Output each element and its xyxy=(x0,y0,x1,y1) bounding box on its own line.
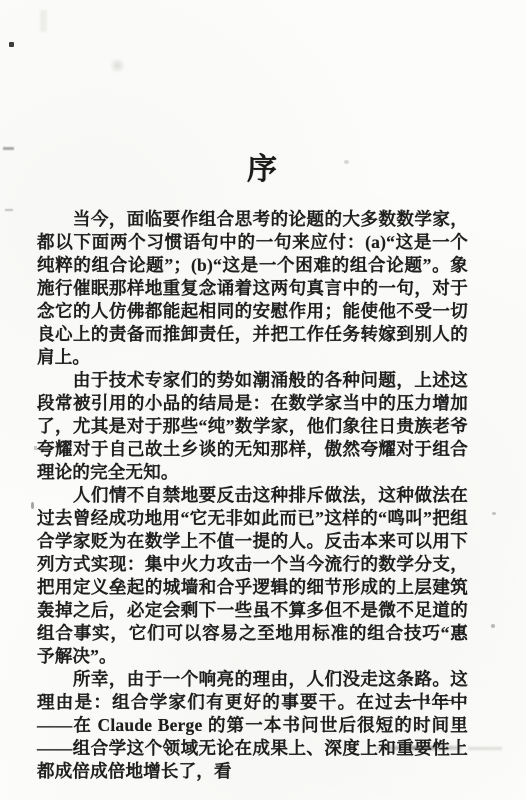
scan-speck xyxy=(9,42,14,47)
scanned-book-page: 序 当今，面临要作组合思考的论题的大多数数学家，都以下面两个习惯语句中的一句来应… xyxy=(0,0,526,800)
scan-speck xyxy=(491,624,495,628)
scan-smudge xyxy=(109,57,126,74)
paragraph: 所幸，由于一个响亮的理由，人们没走这条路。这理由是：组合学家们有更好的事要干。在… xyxy=(37,668,468,783)
scan-smudge xyxy=(468,747,502,750)
scan-smudge xyxy=(40,10,47,32)
paragraph: 由于技术专家们的势如潮涌般的各种问题，上述这段常被引用的小品的结局是：在数学家当… xyxy=(37,369,468,484)
paragraph: 当今，面临要作组合思考的论题的大多数数学家，都以下面两个习惯语句中的一句来应付：… xyxy=(37,208,468,369)
scan-speck xyxy=(31,502,34,509)
scan-speck xyxy=(5,209,13,211)
page-number: — 1 — xyxy=(401,692,456,709)
paragraph: 人们情不自禁地要反击这种排斥做法，这种做法在过去曾经成功地用“它无非如此而已”这… xyxy=(37,484,468,668)
page-title: 序 xyxy=(0,144,526,188)
scan-speck xyxy=(492,512,496,515)
